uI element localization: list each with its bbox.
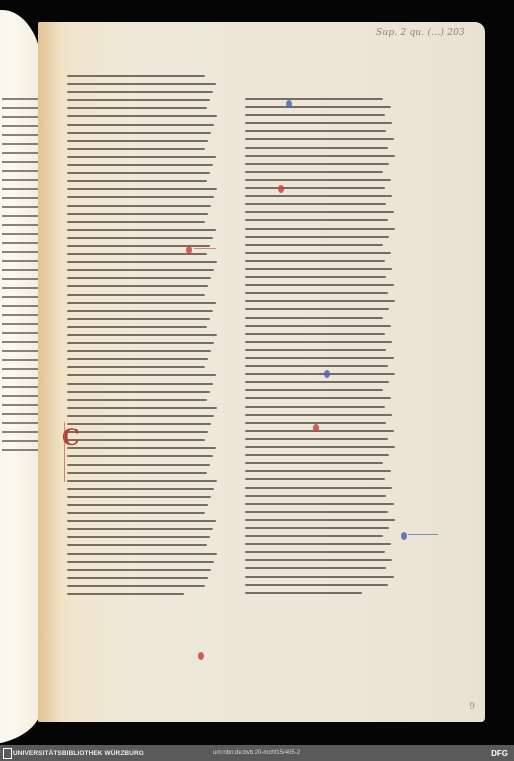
text-line bbox=[67, 374, 216, 376]
image-viewport[interactable]: Sup. 2 qu. (...) 203 C 9 bbox=[0, 0, 514, 745]
text-line bbox=[2, 377, 38, 379]
text-line bbox=[245, 260, 385, 262]
text-line bbox=[2, 233, 38, 235]
paragraph-mark-blue bbox=[286, 100, 292, 108]
text-line bbox=[67, 423, 211, 425]
text-line bbox=[245, 487, 392, 489]
text-line bbox=[67, 439, 205, 441]
text-line bbox=[2, 179, 38, 181]
text-line bbox=[2, 404, 38, 406]
text-line bbox=[67, 285, 208, 287]
signature-mark: 9 bbox=[469, 702, 475, 712]
text-line bbox=[2, 152, 38, 154]
text-line bbox=[245, 592, 362, 594]
text-line bbox=[67, 593, 184, 595]
text-line bbox=[245, 584, 388, 586]
text-line bbox=[245, 292, 388, 294]
text-line bbox=[245, 138, 394, 140]
text-line bbox=[245, 219, 388, 221]
library-logo-icon bbox=[3, 748, 12, 759]
text-line bbox=[245, 276, 386, 278]
text-line bbox=[67, 544, 207, 546]
text-line bbox=[245, 349, 386, 351]
text-line bbox=[67, 366, 205, 368]
text-line bbox=[245, 211, 394, 213]
text-line bbox=[67, 99, 210, 101]
paragraph-mark-blue bbox=[401, 532, 407, 540]
text-line bbox=[67, 455, 213, 457]
text-line bbox=[2, 278, 38, 280]
institution-logo[interactable]: UNIVERSITÄTSBIBLIOTHEK WÜRZBURG bbox=[0, 748, 144, 759]
margin-guide-line bbox=[194, 248, 216, 249]
text-line bbox=[2, 188, 38, 190]
text-line bbox=[2, 431, 38, 433]
text-line bbox=[67, 585, 205, 587]
facing-page-text bbox=[2, 98, 38, 458]
text-line bbox=[67, 318, 210, 320]
text-line bbox=[67, 334, 217, 336]
text-line bbox=[2, 251, 38, 253]
text-line bbox=[67, 188, 217, 190]
text-line bbox=[245, 268, 392, 270]
text-line bbox=[67, 180, 207, 182]
text-line bbox=[2, 332, 38, 334]
text-line bbox=[245, 195, 392, 197]
text-line bbox=[245, 438, 388, 440]
text-line bbox=[67, 294, 205, 296]
text-line bbox=[245, 228, 395, 230]
text-line bbox=[67, 132, 211, 134]
text-line bbox=[245, 511, 388, 513]
text-line bbox=[2, 116, 38, 118]
text-line bbox=[67, 164, 213, 166]
text-line bbox=[245, 414, 392, 416]
text-line bbox=[245, 365, 388, 367]
text-line bbox=[67, 472, 207, 474]
text-line bbox=[245, 430, 394, 432]
text-column-right bbox=[245, 98, 395, 600]
text-line bbox=[245, 478, 385, 480]
paragraph-mark-red bbox=[198, 652, 204, 660]
text-line bbox=[67, 528, 213, 530]
text-line bbox=[245, 122, 392, 124]
text-line bbox=[2, 314, 38, 316]
text-line bbox=[67, 172, 210, 174]
text-line bbox=[245, 300, 395, 302]
institution-name: UNIVERSITÄTSBIBLIOTHEK WÜRZBURG bbox=[13, 750, 144, 757]
text-line bbox=[2, 422, 38, 424]
paragraph-mark-red bbox=[186, 246, 192, 254]
text-line bbox=[67, 407, 217, 409]
text-line bbox=[2, 134, 38, 136]
text-line bbox=[2, 269, 38, 271]
text-line bbox=[67, 536, 210, 538]
text-line bbox=[67, 269, 214, 271]
text-line bbox=[67, 480, 217, 482]
text-line bbox=[245, 446, 395, 448]
text-line bbox=[67, 196, 214, 198]
text-line bbox=[245, 519, 395, 521]
text-line bbox=[2, 161, 38, 163]
text-line bbox=[67, 205, 211, 207]
text-line bbox=[245, 98, 383, 100]
text-line bbox=[2, 98, 38, 100]
text-line bbox=[245, 317, 383, 319]
initial-flourish bbox=[64, 422, 65, 482]
text-line bbox=[67, 496, 211, 498]
text-line bbox=[67, 561, 214, 563]
facing-page-verso bbox=[0, 10, 42, 745]
text-line bbox=[245, 357, 394, 359]
text-line bbox=[2, 440, 38, 442]
text-line bbox=[2, 224, 38, 226]
text-line bbox=[67, 221, 205, 223]
text-line bbox=[245, 179, 391, 181]
text-line bbox=[2, 125, 38, 127]
urn-identifier: urn:nbn:de:bvb:20-mchf15/405-2 bbox=[213, 750, 300, 756]
text-line bbox=[245, 551, 385, 553]
folio-annotation: Sup. 2 qu. (...) 203 bbox=[376, 28, 465, 38]
text-line bbox=[245, 397, 391, 399]
text-line bbox=[245, 543, 391, 545]
dfg-logo[interactable]: DFG bbox=[491, 749, 508, 758]
text-line bbox=[245, 559, 392, 561]
text-line bbox=[67, 399, 207, 401]
text-line bbox=[67, 148, 205, 150]
text-line bbox=[2, 395, 38, 397]
text-line bbox=[2, 368, 38, 370]
text-line bbox=[245, 244, 383, 246]
text-line bbox=[245, 373, 395, 375]
text-line bbox=[245, 567, 386, 569]
text-line bbox=[2, 206, 38, 208]
text-line bbox=[245, 535, 383, 537]
text-line bbox=[67, 350, 211, 352]
paragraph-mark-red bbox=[278, 185, 284, 193]
text-line bbox=[2, 260, 38, 262]
text-line bbox=[67, 569, 211, 571]
text-line bbox=[67, 302, 216, 304]
text-line bbox=[2, 296, 38, 298]
text-line bbox=[67, 358, 208, 360]
text-line bbox=[245, 503, 394, 505]
text-line bbox=[245, 527, 389, 529]
text-line bbox=[245, 470, 391, 472]
text-line bbox=[2, 197, 38, 199]
text-line bbox=[67, 512, 205, 514]
text-line bbox=[245, 252, 391, 254]
text-line bbox=[245, 333, 385, 335]
text-line bbox=[67, 115, 217, 117]
text-line bbox=[2, 341, 38, 343]
text-line bbox=[67, 156, 216, 158]
text-line bbox=[67, 213, 208, 215]
text-line bbox=[67, 447, 216, 449]
text-line bbox=[2, 215, 38, 217]
text-line bbox=[245, 495, 386, 497]
text-line bbox=[67, 261, 217, 263]
text-line bbox=[67, 488, 214, 490]
text-line bbox=[245, 203, 386, 205]
text-line bbox=[67, 431, 208, 433]
text-line bbox=[2, 350, 38, 352]
text-line bbox=[67, 504, 208, 506]
text-line bbox=[2, 287, 38, 289]
text-column-left bbox=[67, 75, 217, 601]
text-line bbox=[245, 163, 389, 165]
text-line bbox=[2, 449, 38, 451]
text-line bbox=[67, 124, 214, 126]
text-line bbox=[67, 391, 210, 393]
text-line bbox=[67, 415, 214, 417]
text-line bbox=[67, 577, 208, 579]
paragraph-mark-red bbox=[313, 424, 319, 432]
text-line bbox=[67, 229, 216, 231]
text-line bbox=[2, 386, 38, 388]
text-line bbox=[67, 83, 216, 85]
text-line bbox=[2, 359, 38, 361]
text-line bbox=[67, 75, 205, 77]
text-line bbox=[245, 106, 391, 108]
text-line bbox=[67, 326, 207, 328]
text-line bbox=[67, 342, 214, 344]
text-line bbox=[2, 413, 38, 415]
text-line bbox=[245, 381, 389, 383]
text-line bbox=[67, 277, 211, 279]
text-line bbox=[245, 114, 385, 116]
text-line bbox=[2, 242, 38, 244]
text-line bbox=[245, 576, 394, 578]
text-line bbox=[67, 91, 213, 93]
margin-guide-line bbox=[408, 534, 438, 535]
text-line bbox=[245, 147, 388, 149]
text-line bbox=[67, 253, 207, 255]
text-line bbox=[67, 383, 213, 385]
text-line bbox=[67, 464, 210, 466]
text-line bbox=[2, 305, 38, 307]
text-line bbox=[245, 454, 389, 456]
text-line bbox=[67, 553, 217, 555]
text-line bbox=[245, 308, 389, 310]
text-line bbox=[67, 237, 213, 239]
text-line bbox=[245, 171, 383, 173]
text-line bbox=[245, 325, 391, 327]
text-line bbox=[245, 130, 386, 132]
text-line bbox=[245, 284, 394, 286]
text-line bbox=[67, 140, 208, 142]
text-line bbox=[245, 155, 395, 157]
paragraph-mark-blue bbox=[324, 370, 330, 378]
text-line bbox=[67, 310, 213, 312]
gutter-shadow bbox=[38, 22, 62, 722]
text-line bbox=[245, 187, 385, 189]
text-line bbox=[245, 462, 383, 464]
manuscript-folio: Sup. 2 qu. (...) 203 C 9 bbox=[38, 22, 485, 722]
text-line bbox=[67, 520, 216, 522]
text-line bbox=[67, 107, 207, 109]
text-line bbox=[2, 170, 38, 172]
text-line bbox=[245, 389, 383, 391]
text-line bbox=[2, 143, 38, 145]
text-line bbox=[2, 107, 38, 109]
text-line bbox=[245, 406, 385, 408]
viewer-footer: UNIVERSITÄTSBIBLIOTHEK WÜRZBURG urn:nbn:… bbox=[0, 745, 514, 761]
text-line bbox=[245, 236, 389, 238]
text-line bbox=[2, 323, 38, 325]
text-line bbox=[245, 341, 392, 343]
